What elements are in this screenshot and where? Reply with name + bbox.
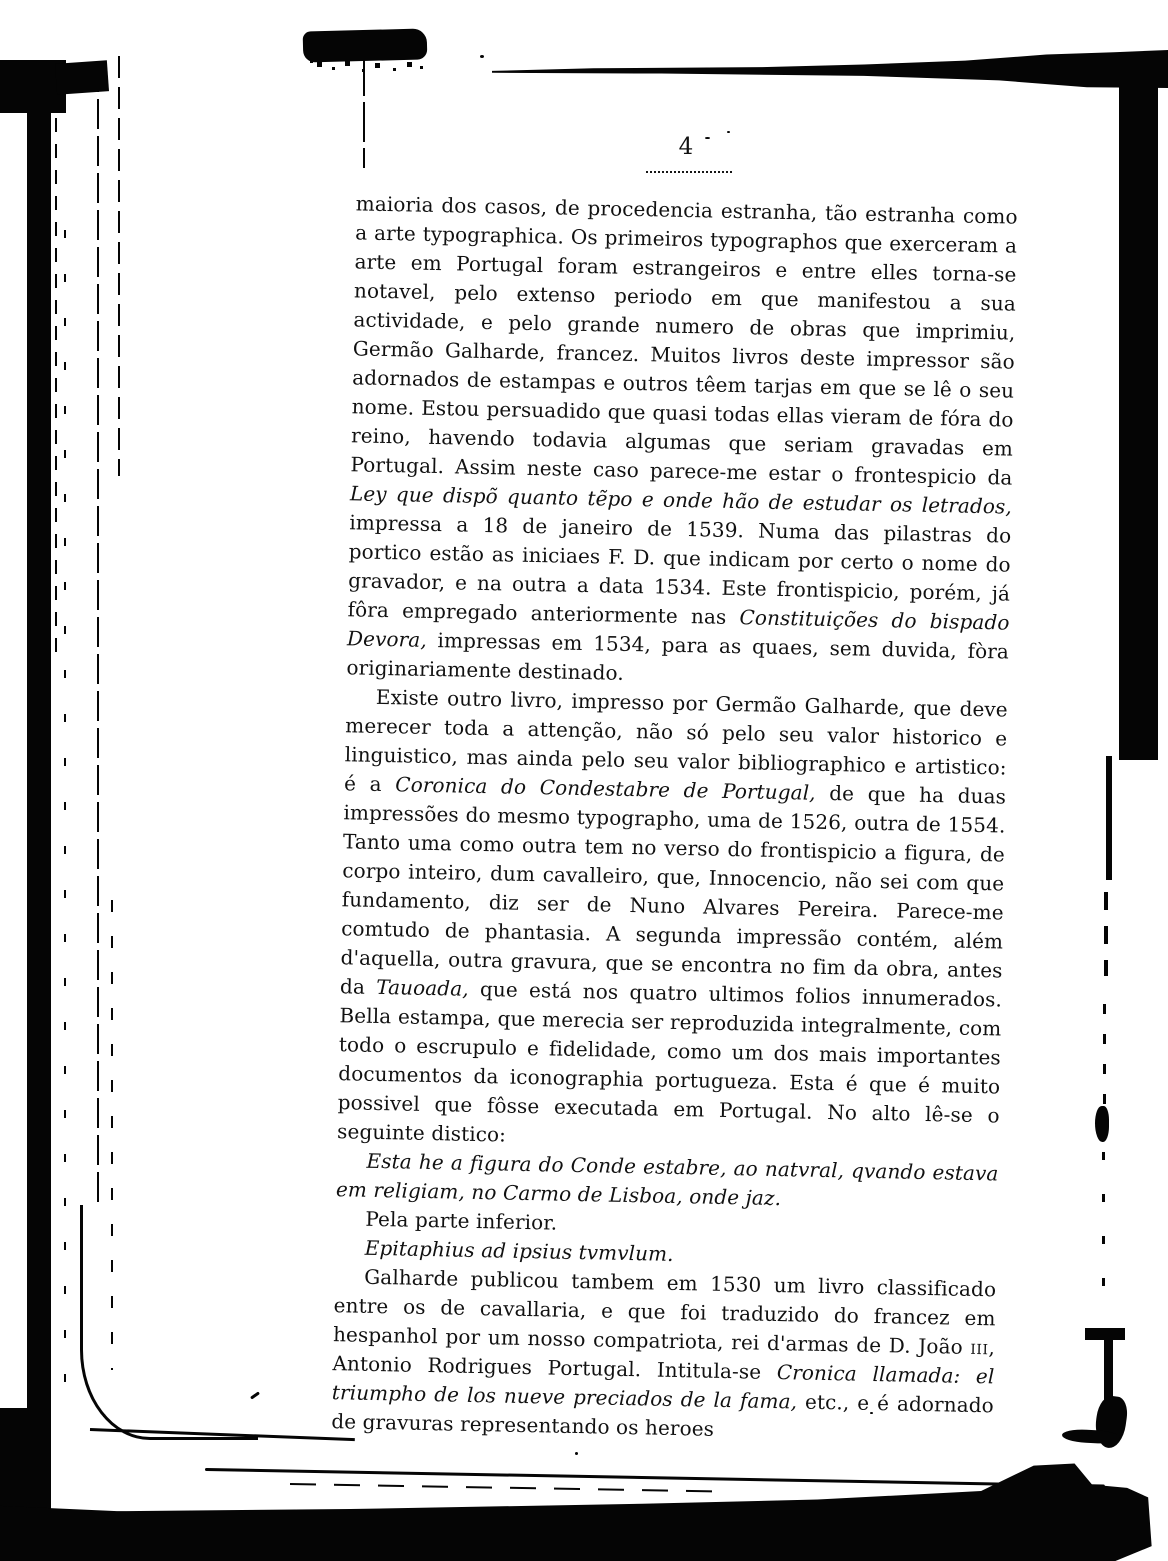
scan-corner-block-top-left-2 [55,60,109,95]
scan-bottom-band [0,1455,1168,1561]
scan-right-dashes [1102,1152,1105,1308]
scan-smudge-speckles [310,60,313,63]
scan-speck [727,131,730,133]
scanned-book-page: { "colors": { "paper": "#ffffff", "ink":… [0,0,1168,1561]
scan-gutter-band [27,106,51,1561]
scan-smudge-top [303,28,428,62]
scan-right-band [1119,72,1158,760]
text-segment: Esta he a figura do Conde estabre, ao na… [336,1149,999,1210]
text-segment: Epitaphius ad ipsius tvmvlum. [365,1236,674,1266]
text-segment: Coronica do Condestabre de Portugal, [395,772,816,804]
text-segment: iii [970,1335,989,1359]
text-column: maioria dos casos, de procedencia estran… [331,189,1018,1449]
scan-right-dashes [1103,1004,1106,1104]
text-segment: Galharde publicou tambem em 1530 um livr… [333,1265,997,1359]
page-number-rule [646,171,732,173]
scan-right-line [1106,756,1112,880]
scan-streak-top-right [492,50,1168,88]
text-segment: impressas em 1534, para as quaes, sem du… [346,628,1009,685]
paragraph-2: Existe outro livro, impresso por Germão … [337,682,1008,1159]
scan-right-hook-stem [1104,1338,1113,1404]
scan-speck [480,55,484,58]
text-segment: Tauoada, [376,975,469,1001]
page-edge-line [55,92,57,652]
page-edge-line [97,62,99,1207]
scan-speck [575,1452,578,1455]
page-edge-line [118,56,120,476]
page-number: 4 [640,134,732,160]
scan-right-dashes [1104,892,1108,976]
text-segment: maioria dos casos, de procedencia estran… [350,191,1018,489]
paragraph-6: Galharde publicou tambem em 1530 um livr… [331,1262,996,1449]
text-segment: que está nos quatro ultimos folios innum… [337,977,1002,1147]
text-segment: de que ha duas impressões do mesmo typog… [340,781,1006,999]
page-edge-line [363,56,365,168]
paragraph-1: maioria dos casos, de procedencia estran… [346,189,1018,695]
page-bottom-corner-curve [80,1205,258,1440]
page-bottom-edge-dashes [290,1483,720,1493]
page-edge-line [64,230,66,1410]
scan-right-blob [1095,1106,1109,1142]
text-segment: Pela parte inferior. [365,1207,557,1235]
